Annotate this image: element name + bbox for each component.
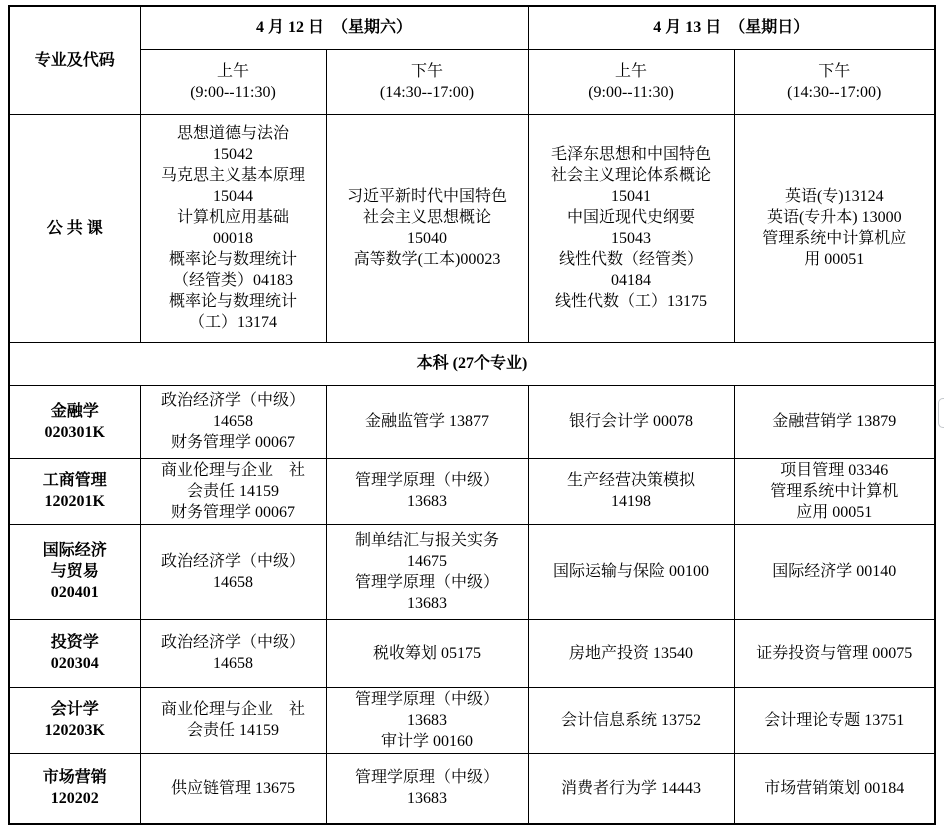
- edge-floating-widget[interactable]: [938, 398, 944, 428]
- schedule-cell: 消费者行为学 14443: [528, 753, 734, 824]
- date-header-april-12: 4 月 12 日 （星期六）: [140, 6, 528, 49]
- schedule-cell: 会计信息系统 13752: [528, 687, 734, 753]
- schedule-cell: 证券投资与管理 00075: [734, 619, 935, 687]
- schedule-cell: 商业伦理与企业 社 会责任 14159 财务管理学 00067: [140, 458, 326, 524]
- schedule-cell: 毛泽东思想和中国特色 社会主义理论体系概论 15041 中国近现代史纲要 150…: [528, 114, 734, 342]
- schedule-cell: 会计理论专题 13751: [734, 687, 935, 753]
- session-header-sun-morning: 上午 (9:00--11:30): [528, 49, 734, 114]
- schedule-cell: 国际运输与保险 00100: [528, 524, 734, 619]
- schedule-cell: 金融监管学 13877: [326, 385, 528, 458]
- row-label-marketing: 市场营销 120202: [9, 753, 140, 824]
- table-row: 工商管理 120201K 商业伦理与企业 社 会责任 14159 财务管理学 0…: [9, 458, 935, 524]
- schedule-cell: 房地产投资 13540: [528, 619, 734, 687]
- row-label-business-administration: 工商管理 120201K: [9, 458, 140, 524]
- schedule-cell: 英语(专)13124 英语(专升本) 13000 管理系统中计算机应 用 000…: [734, 114, 935, 342]
- table-row: 金融学 020301K 政治经济学（中级） 14658 财务管理学 00067 …: [9, 385, 935, 458]
- schedule-cell: 供应链管理 13675: [140, 753, 326, 824]
- schedule-cell: 政治经济学（中级） 14658: [140, 524, 326, 619]
- row-label-finance: 金融学 020301K: [9, 385, 140, 458]
- schedule-cell: 政治经济学（中级） 14658: [140, 619, 326, 687]
- schedule-cell: 制单结汇与报关实务 14675 管理学原理（中级） 13683: [326, 524, 528, 619]
- schedule-cell: 管理学原理（中级） 13683: [326, 753, 528, 824]
- date-header-april-13: 4 月 13 日 （星期日）: [528, 6, 935, 49]
- schedule-cell: 习近平新时代中国特色 社会主义思想概论 15040 高等数学(工本)00023: [326, 114, 528, 342]
- exam-schedule-table: 专业及代码 4 月 12 日 （星期六） 4 月 13 日 （星期日） 上午 (…: [8, 5, 936, 825]
- row-label-international-economics-trade: 国际经济 与贸易 020401: [9, 524, 140, 619]
- row-label-investment: 投资学 020304: [9, 619, 140, 687]
- corner-header-major-and-code: 专业及代码: [9, 6, 140, 114]
- session-header-sat-morning: 上午 (9:00--11:30): [140, 49, 326, 114]
- table-row: 投资学 020304 政治经济学（中级） 14658 税收筹划 05175 房地…: [9, 619, 935, 687]
- table-row: 会计学 120203K 商业伦理与企业 社 会责任 14159 管理学原理（中级…: [9, 687, 935, 753]
- session-header-sun-afternoon: 下午 (14:30--17:00): [734, 49, 935, 114]
- table-row: 国际经济 与贸易 020401 政治经济学（中级） 14658 制单结汇与报关实…: [9, 524, 935, 619]
- table-row: 市场营销 120202 供应链管理 13675 管理学原理（中级） 13683 …: [9, 753, 935, 824]
- schedule-cell: 金融营销学 13879: [734, 385, 935, 458]
- section-divider-undergraduate: 本科 (27个专业): [9, 342, 935, 385]
- schedule-cell: 项目管理 03346 管理系统中计算机 应用 00051: [734, 458, 935, 524]
- schedule-cell: 市场营销策划 00184: [734, 753, 935, 824]
- schedule-cell: 管理学原理（中级） 13683: [326, 458, 528, 524]
- table-row: 公 共 课 思想道德与法治 15042 马克思主义基本原理 15044 计算机应…: [9, 114, 935, 342]
- schedule-cell: 商业伦理与企业 社 会责任 14159: [140, 687, 326, 753]
- schedule-cell: 银行会计学 00078: [528, 385, 734, 458]
- row-label-accounting: 会计学 120203K: [9, 687, 140, 753]
- session-header-sat-afternoon: 下午 (14:30--17:00): [326, 49, 528, 114]
- schedule-cell: 管理学原理（中级） 13683 审计学 00160: [326, 687, 528, 753]
- exam-schedule-table-wrap: 专业及代码 4 月 12 日 （星期六） 4 月 13 日 （星期日） 上午 (…: [8, 5, 936, 825]
- schedule-cell: 政治经济学（中级） 14658 财务管理学 00067: [140, 385, 326, 458]
- schedule-cell: 思想道德与法治 15042 马克思主义基本原理 15044 计算机应用基础 00…: [140, 114, 326, 342]
- schedule-cell: 税收筹划 05175: [326, 619, 528, 687]
- schedule-cell: 国际经济学 00140: [734, 524, 935, 619]
- row-label-public-courses: 公 共 课: [9, 114, 140, 342]
- schedule-cell: 生产经营决策模拟 14198: [528, 458, 734, 524]
